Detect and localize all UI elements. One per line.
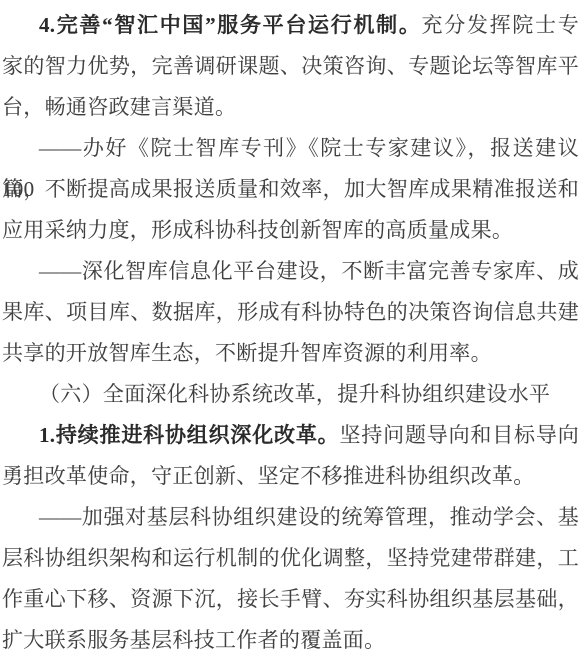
body-text-run: 应用采纳力度，形成科协科技创新智库的高质量成果。 (2, 218, 513, 242)
text-line-2: 家的智力优势，完善调研课题、决策咨询、专题论坛等智库平 (2, 46, 579, 87)
document-page: 4.完善“智汇中国”服务平台运行机制。充分发挥院士专家的智力优势，完善调研课题、… (0, 0, 584, 662)
text-line-10: （六）全面深化科协系统改革，提升科协组织建设水平 (2, 374, 579, 415)
body-text-run: 扩大联系服务基层科技工作者的覆盖面。 (2, 628, 385, 652)
text-line-4: ——办好《院士智库专刊》《院士专家建议》，报送建议 100 (2, 128, 579, 169)
body-text-run: （六）全面深化科协系统改革，提升科协组织建设水平 (39, 382, 550, 406)
body-text-run: 台，畅通咨政建言渠道。 (2, 95, 236, 119)
body-text-run: 果库、项目库、数据库，形成有科协特色的决策咨询信息共建 (2, 300, 579, 324)
text-line-8: 果库、项目库、数据库，形成有科协特色的决策咨询信息共建 (2, 292, 579, 333)
body-text-run: 坚持问题导向和目标导向 (340, 423, 579, 447)
bold-heading-run: 1.持续推进科协组织深化改革。 (39, 423, 340, 447)
body-text-run: ——加强对基层科协组织建设的统筹管理，推动学会、基 (39, 505, 579, 529)
body-text-run: 勇担改革使命，守正创新、坚定不移推进科协组织改革。 (2, 464, 535, 488)
bold-heading-run: 4.完善“智汇中国”服务平台运行机制。 (39, 13, 422, 37)
body-text-run: 层科协组织架构和运行机制的优化调整，坚持党建带群建，工 (2, 546, 579, 570)
body-text-run: ——深化智库信息化平台建设，不断丰富完善专家库、成 (39, 259, 579, 283)
body-text-run: 作重心下移、资源下沉，接长手臂、夯实科协组织基层基础， (2, 587, 579, 611)
text-line-5: 篇，不断提高成果报送质量和效率，加大智库成果精准报送和 (2, 169, 579, 210)
text-line-15: 作重心下移、资源下沉，接长手臂、夯实科协组织基层基础， (2, 579, 579, 620)
text-line-3: 台，畅通咨政建言渠道。 (2, 87, 579, 128)
text-line-7: ——深化智库信息化平台建设，不断丰富完善专家库、成 (2, 251, 579, 292)
body-text-run: 共享的开放智库生态，不断提升智库资源的利用率。 (2, 341, 492, 365)
text-line-12: 勇担改革使命，守正创新、坚定不移推进科协组织改革。 (2, 456, 579, 497)
text-line-6: 应用采纳力度，形成科协科技创新智库的高质量成果。 (2, 210, 579, 251)
text-line-11: 1.持续推进科协组织深化改革。坚持问题导向和目标导向 (2, 415, 579, 456)
text-line-14: 层科协组织架构和运行机制的优化调整，坚持党建带群建，工 (2, 538, 579, 579)
text-line-13: ——加强对基层科协组织建设的统筹管理，推动学会、基 (2, 497, 579, 538)
body-text-run: 家的智力优势，完善调研课题、决策咨询、专题论坛等智库平 (2, 54, 579, 78)
body-text-run: 篇，不断提高成果报送质量和效率，加大智库成果精准报送和 (2, 177, 579, 201)
text-line-9: 共享的开放智库生态，不断提升智库资源的利用率。 (2, 333, 579, 374)
text-line-1: 4.完善“智汇中国”服务平台运行机制。充分发挥院士专 (2, 5, 579, 46)
body-text-run: 充分发挥院士专 (422, 13, 579, 37)
text-line-16: 扩大联系服务基层科技工作者的覆盖面。 (2, 620, 579, 661)
